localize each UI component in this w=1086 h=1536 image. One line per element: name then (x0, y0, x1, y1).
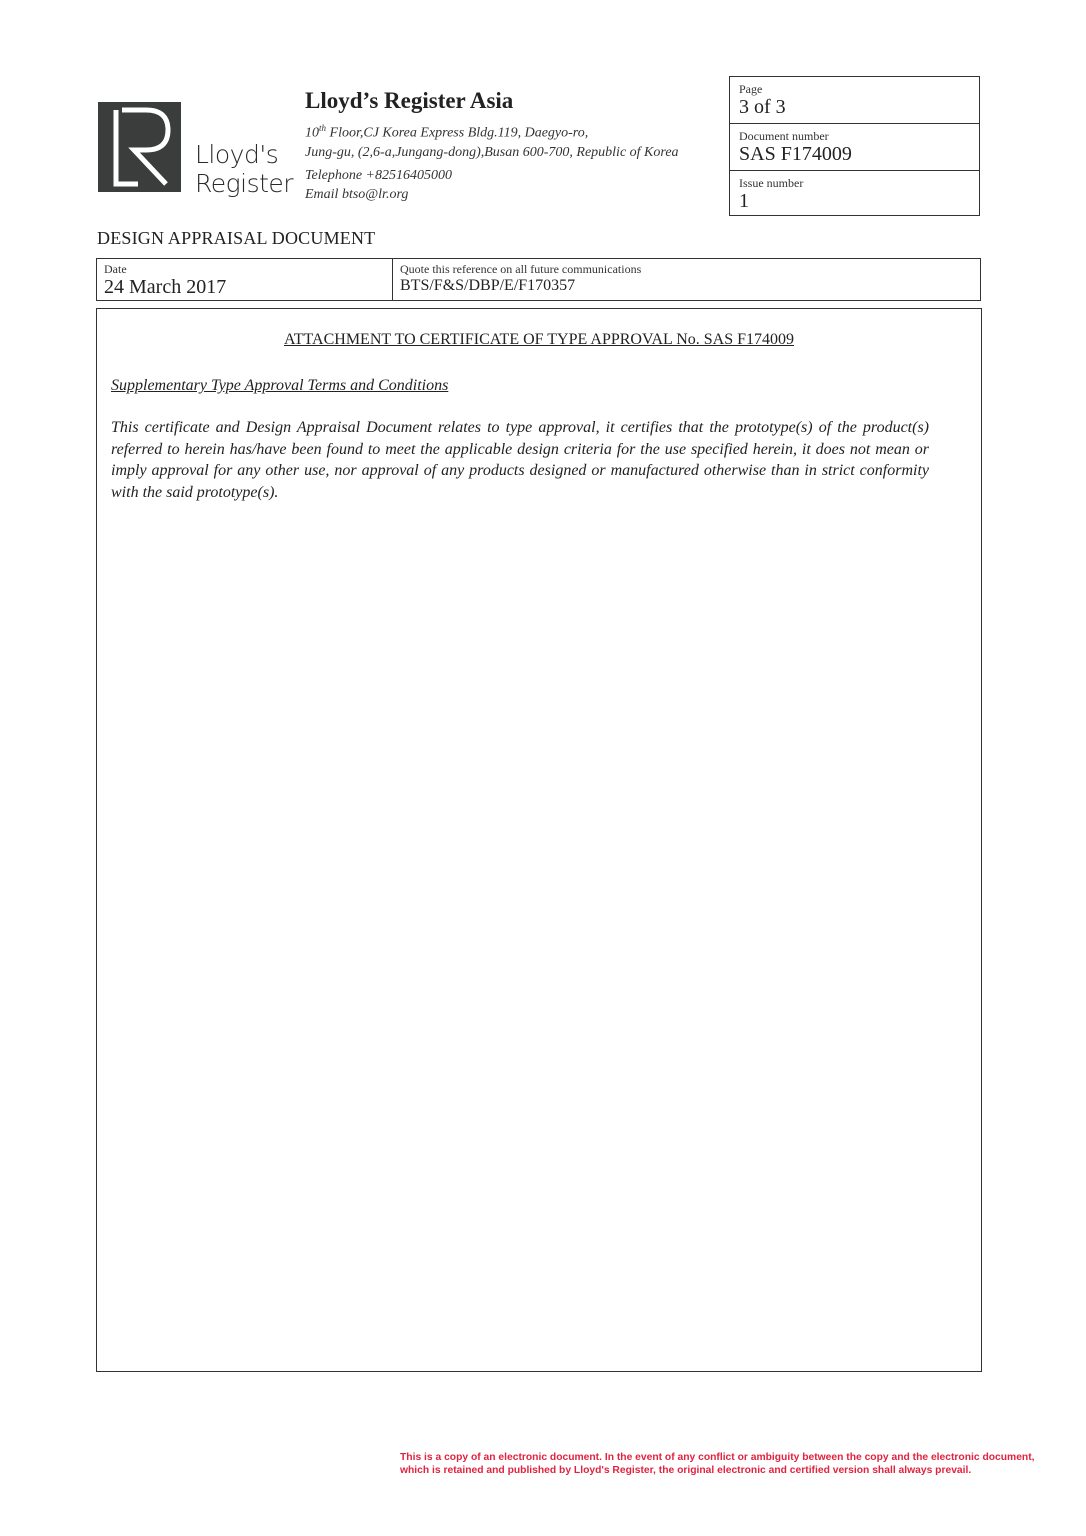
attachment-body: ATTACHMENT TO CERTIFICATE OF TYPE APPROV… (96, 308, 982, 1372)
lr-monogram-icon (98, 102, 181, 192)
reference-label: Quote this reference on all future commu… (400, 259, 641, 276)
reference-box: Page 3 of 3 Document number SAS F174009 … (729, 76, 980, 216)
document-title: DESIGN APPRAISAL DOCUMENT (97, 228, 375, 249)
disclaimer-line2: which is retained and published by Lloyd… (400, 1464, 1060, 1477)
document-number-label: Document number (739, 124, 979, 143)
section-title: Supplementary Type Approval Terms and Co… (111, 377, 448, 395)
disclaimer: This is a copy of an electronic document… (400, 1451, 1060, 1477)
issue-number-value: 1 (739, 190, 979, 212)
logo-text-line2: Register (195, 169, 293, 198)
address-line1: 10th Floor,CJ Korea Express Bldg.119, Da… (305, 119, 679, 143)
date-cell: Date 24 March 2017 (97, 259, 393, 300)
reference-value: BTS/F&S/DBP/E/F170357 (400, 276, 641, 296)
terms-paragraph: This certificate and Design Appraisal Do… (111, 417, 929, 503)
disclaimer-line1: This is a copy of an electronic document… (400, 1451, 1060, 1464)
date-value: 24 March 2017 (104, 276, 392, 298)
date-label: Date (104, 259, 392, 276)
logo-wordmark: Lloyd's Register (195, 140, 293, 198)
page-value: 3 of 3 (739, 96, 979, 118)
org-name: Lloyd’s Register Asia (305, 88, 513, 114)
attachment-title: ATTACHMENT TO CERTIFICATE OF TYPE APPROV… (97, 331, 981, 349)
page-label: Page (739, 77, 979, 96)
email: Email btso@lr.org (305, 185, 679, 204)
document-number-cell: Document number SAS F174009 (730, 124, 979, 171)
telephone: Telephone +82516405000 (305, 166, 679, 185)
address-line2: Jung-gu, (2,6-a,Jungang-dong),Busan 600-… (305, 143, 679, 162)
issue-number-cell: Issue number 1 (730, 171, 979, 215)
issue-number-label: Issue number (739, 171, 979, 190)
org-address: 10th Floor,CJ Korea Express Bldg.119, Da… (305, 119, 679, 204)
page-cell: Page 3 of 3 (730, 77, 979, 124)
meta-table: Date 24 March 2017 Quote this reference … (96, 258, 981, 301)
document-number-value: SAS F174009 (739, 143, 979, 165)
reference-cell: Quote this reference on all future commu… (393, 259, 641, 300)
logo-text-line1: Lloyd's (195, 140, 293, 169)
